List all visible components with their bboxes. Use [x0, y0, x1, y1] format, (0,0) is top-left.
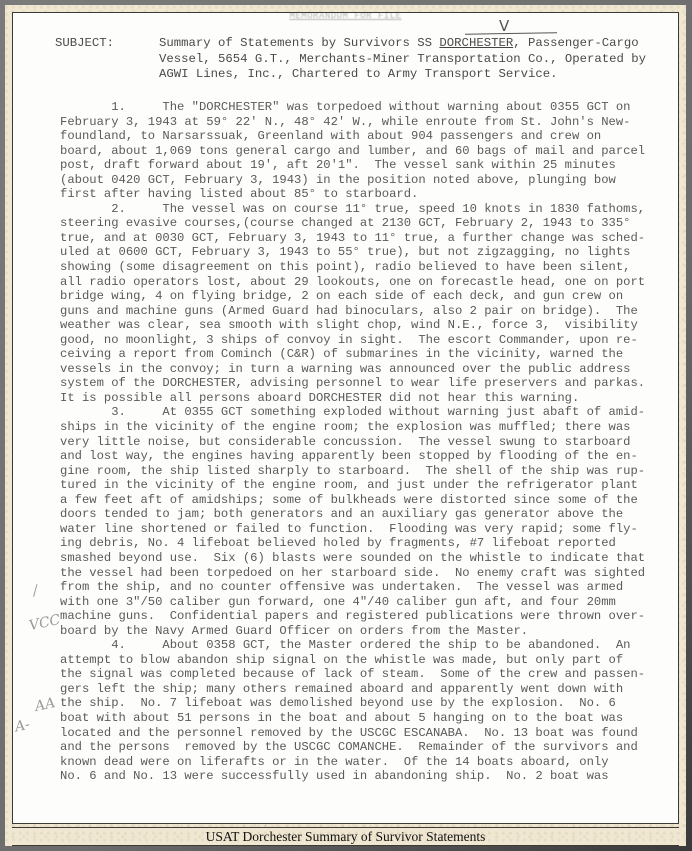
memo-line: post, draft forward about 19', aft 20'1"…: [60, 158, 675, 173]
memo-line: 1. The "DORCHESTER" was torpedoed withou…: [60, 100, 675, 115]
memo-line: machine guns. Confidential papers and re…: [60, 609, 675, 624]
subject-text: Summary of Statements by Survivors SS DO…: [159, 36, 674, 83]
parchment-frame: MEMORANDUM FOR FILE V SUBJECT: Summary o…: [5, 5, 686, 846]
memo-line: weather was clear, sea smooth with sligh…: [60, 318, 675, 333]
subject-line-3: AGWI Lines, Inc., Chartered to Army Tran…: [159, 67, 557, 81]
memo-header: MEMORANDUM FOR FILE: [13, 12, 678, 21]
memo-line: tured in the vicinity of the engine room…: [60, 478, 675, 493]
document-scan: MEMORANDUM FOR FILE V SUBJECT: Summary o…: [12, 12, 679, 824]
memo-line: water line shortened or failed to functi…: [60, 522, 675, 537]
memo-line: showing (some disagreement on this point…: [60, 260, 675, 275]
margin-annotation: AA: [34, 695, 57, 715]
memo-line: 2. The vessel was on course 11° true, sp…: [60, 202, 675, 217]
subject-line-1a: Summary of Statements by Survivors SS: [159, 36, 439, 50]
memo-line: known dead were on liferafts or in the w…: [60, 755, 675, 770]
memo-line: the vessel had been torpedoed on her sta…: [60, 566, 675, 581]
memo-line: from the ship, and no counter offensive …: [60, 580, 675, 595]
memo-line: doors tended to jam; both generators and…: [60, 507, 675, 522]
memo-body: 1. The "DORCHESTER" was torpedoed withou…: [60, 100, 675, 784]
subject-line-1b: , Passenger-Cargo: [513, 36, 638, 50]
memo-line: the ship. No. 7 lifeboat was demolished …: [60, 696, 675, 711]
memo-line: smashed beyond use. Six (6) blasts were …: [60, 551, 675, 566]
memo-line: gine room, the ship listed sharply to st…: [60, 464, 675, 479]
memo-line: board by the Navy Armed Guard Officer on…: [60, 624, 675, 639]
subject-line-2: Vessel, 5654 G.T., Merchants-Miner Trans…: [159, 52, 646, 66]
memo-line: the signal was completed because of lack…: [60, 667, 675, 682]
memo-line: boat with about 51 persons in the boat a…: [60, 711, 675, 726]
memo-line: 4. About 0358 GCT, the Master ordered th…: [60, 638, 675, 653]
handwritten-underline: [465, 32, 557, 35]
memo-line: ing debris, No. 4 lifeboat believed hole…: [60, 536, 675, 551]
margin-annotation: A-: [13, 717, 31, 736]
memo-line: No. 6 and No. 13 were successfully used …: [60, 769, 675, 784]
memo-line: ceiving a report from Cominch (C&R) of s…: [60, 347, 675, 362]
memo-line: and the persons removed by the USCGC COM…: [60, 740, 675, 755]
vessel-name: DORCHESTER: [439, 36, 513, 50]
memo-line: true, and at 0030 GCT, February 3, 1943 …: [60, 231, 675, 246]
memo-line: located and the personnel removed by the…: [60, 726, 675, 741]
memo-line: steering evasive courses,(course changed…: [60, 216, 675, 231]
memo-line: all radio operators lost, about 29 looko…: [60, 275, 675, 290]
memo-line: foundland, to Narsarssuak, Greenland wit…: [60, 129, 675, 144]
memo-line: ships in the vicinity of the engine room…: [60, 420, 675, 435]
memo-line: and lost way, the engines having apparen…: [60, 449, 675, 464]
memo-line: vessels in the convoy; in turn a warning…: [60, 362, 675, 377]
memo-line: good, no moonlight, 3 ships of convoy in…: [60, 333, 675, 348]
memo-line: system of the DORCHESTER, advising perso…: [60, 376, 675, 391]
memo-line: It is possible all persons aboard DORCHE…: [60, 391, 675, 406]
memo-line: gers left the ship; many others remained…: [60, 682, 675, 697]
memo-line: a few feet aft of amidships; some of bul…: [60, 493, 675, 508]
memo-line: very little noise, but considerable conc…: [60, 435, 675, 450]
subject-label: SUBJECT:: [55, 36, 114, 50]
image-caption: USAT Dorchester Summary of Survivor Stat…: [12, 827, 679, 846]
memo-line: first after having listed about 85° to s…: [60, 187, 675, 202]
memo-line: uled at 0600 GCT, February 3, 1943 to 55…: [60, 245, 675, 260]
memo-line: bridge wing, 4 on flying bridge, 2 on ea…: [60, 289, 675, 304]
memo-line: attempt to blow abandon ship signal on t…: [60, 653, 675, 668]
margin-annotation: /: [31, 583, 39, 600]
margin-annotation: VCC: [28, 612, 62, 634]
memo-line: board, about 1,069 tons general cargo an…: [60, 144, 675, 159]
memo-line: 3. At 0355 GCT something exploded withou…: [60, 405, 675, 420]
memo-line: with one 3"/50 caliber gun forward, one …: [60, 595, 675, 610]
memo-line: guns and machine guns (Armed Guard had b…: [60, 304, 675, 319]
memo-line: (about 0420 GCT, February 3, 1943) in th…: [60, 173, 675, 188]
memo-line: February 3, 1943 at 59° 22' N., 48° 42' …: [60, 115, 675, 130]
